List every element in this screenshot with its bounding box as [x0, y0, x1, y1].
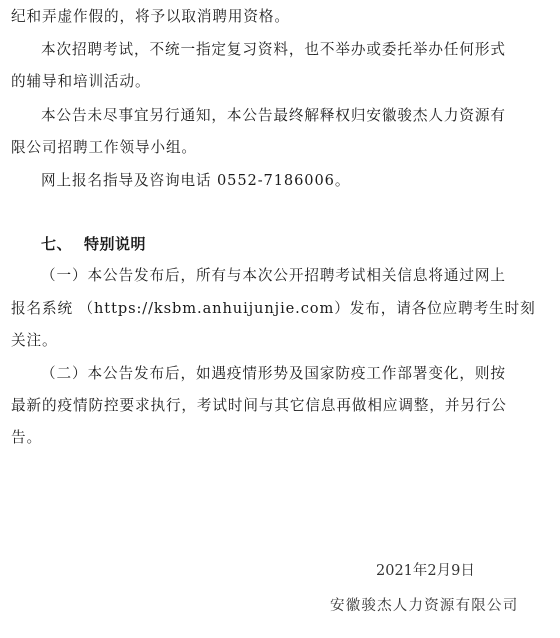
section-number: 七、: [41, 235, 72, 253]
section-heading: 七、特别说明: [41, 234, 146, 254]
section-title: 特别说明: [84, 235, 146, 253]
contact-phone-line: 网上报名指导及咨询电话 0552-7186006。: [41, 171, 350, 191]
paragraph-line: 本次招聘考试，不统一指定复习资料，也不举办或委托举办任何形式: [41, 40, 506, 60]
item-line: 告。: [11, 428, 42, 448]
paragraph-line: 纪和弄虚作假的，将予以取消聘用资格。: [11, 7, 290, 27]
signature-date: 2021年2月9日: [376, 561, 475, 581]
item-line-with-url: 报名系统 （https://ksbm.anhuijunjie.com）发布，请各…: [11, 299, 536, 319]
paragraph-line: 的辅导和培训活动。: [11, 72, 150, 92]
paragraph-line: 限公司招聘工作领导小组。: [11, 138, 197, 158]
item-line: 关注。: [11, 331, 57, 351]
signature-organization: 安徽骏杰人力资源有限公司: [330, 596, 518, 616]
paragraph-line: 本公告未尽事宜另行通知，本公告最终解释权归安徽骏杰人力资源有: [41, 106, 506, 126]
item-line: （一）本公告发布后，所有与本次公开招聘考试相关信息将通过网上: [41, 266, 506, 286]
item-line: 最新的疫情防控要求执行，考试时间与其它信息再做相应调整，并另行公: [11, 396, 507, 416]
item-line: （二）本公告发布后，如遇疫情形势及国家防疫工作部署变化，则按: [41, 364, 506, 384]
